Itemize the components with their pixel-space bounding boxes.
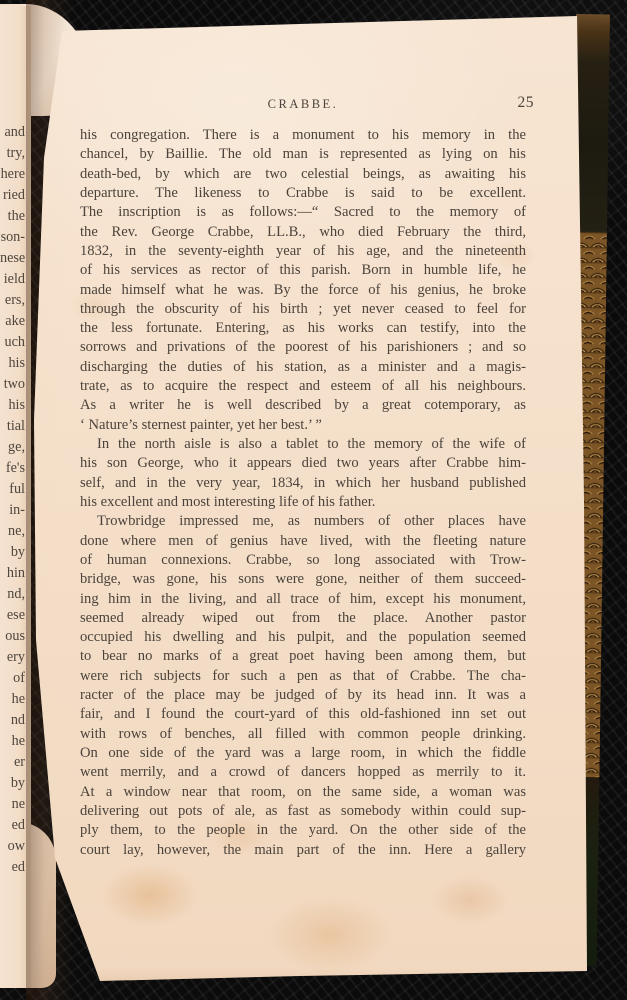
facing-text-fragment: he — [0, 689, 27, 710]
text-line: his congregation. There is a monument to… — [80, 126, 526, 145]
facing-text-fragment: son- — [0, 227, 27, 248]
facing-text-fragment: nese — [0, 248, 27, 269]
text-line: the less fortunate. Entering, as his wor… — [80, 319, 526, 338]
facing-text-fragment: ed — [0, 857, 27, 878]
text-line: fair, and I found the court-yard of this… — [80, 705, 526, 724]
page-text: his congregation. There is a monument to… — [80, 126, 526, 860]
facing-text-fragment: ese — [0, 605, 27, 626]
facing-text-fragment: the — [0, 206, 27, 227]
facing-text-fragment: of — [0, 668, 27, 689]
facing-text-fragment: by — [0, 773, 27, 794]
text-line: with rows of benches, all filled with co… — [80, 725, 526, 744]
text-line: through the obscurity of his birth ; yet… — [80, 300, 526, 319]
facing-text-fragment: try, — [0, 143, 27, 164]
facing-text-fragment: in- — [0, 500, 27, 521]
text-line: 1832, in the seventy-eighth year of his … — [80, 242, 526, 261]
facing-text-fragment: by — [0, 542, 27, 563]
text-line: Trowbridge impressed me, as numbers of o… — [80, 512, 526, 531]
book-page: CRABBE. 25 his congregation. There is a … — [0, 0, 627, 1000]
facing-text-fragment: ield — [0, 269, 27, 290]
text-line: discharging the duties of his station, a… — [80, 358, 526, 377]
facing-text-fragment: ous — [0, 626, 27, 647]
text-line: chancel, by Baillie. The old man is repr… — [80, 145, 526, 164]
text-line: racter of the place may be judged of by … — [80, 686, 526, 705]
facing-text-fragment: ed — [0, 815, 27, 836]
facing-text-fragment: tial — [0, 416, 27, 437]
facing-text-fragment: nd — [0, 710, 27, 731]
facing-text-fragment: ried — [0, 185, 27, 206]
facing-text-fragment: two — [0, 374, 27, 395]
text-line: bridge, was gone, his sons were gone, ne… — [80, 570, 526, 589]
facing-text-fragment: ge, — [0, 437, 27, 458]
text-line: ply them, to the people in the yard. On … — [80, 821, 526, 840]
facing-text-fragment: uch — [0, 332, 27, 353]
text-line: his excellent and most interesting life … — [80, 493, 526, 512]
facing-text-fragment: and — [0, 122, 27, 143]
page-header: CRABBE. 25 — [80, 97, 526, 115]
text-line: were rich subjects for such a pen as tha… — [80, 667, 526, 686]
text-line: In the north aisle is also a tablet to t… — [80, 435, 526, 454]
text-line: death-bed, by which are two celestial be… — [80, 165, 526, 184]
text-line: went merrily, and a crowd of dancers hop… — [80, 763, 526, 782]
facing-text-fragment: ers, — [0, 290, 27, 311]
text-line: sorrows and privations of the poorest of… — [80, 338, 526, 357]
text-line: On one side of the yard was a large room… — [80, 744, 526, 763]
running-title: CRABBE. — [80, 97, 526, 112]
text-line: ing him in the living, and all trace of … — [80, 590, 526, 609]
text-line: ‘ Nature’s sternest painter, yet her bes… — [80, 416, 526, 435]
photo-scene: andtry,hereriedtheson-neseielders,akeuch… — [0, 0, 627, 1000]
text-line: As a writer he is well described by a gr… — [80, 396, 526, 415]
text-line: made himself what he was. By the force o… — [80, 281, 526, 300]
facing-text-fragment: ake — [0, 311, 27, 332]
text-line: seemed already wiped out from the place.… — [80, 609, 526, 628]
facing-text-fragment: ery — [0, 647, 27, 668]
facing-page-text-fragments: andtry,hereriedtheson-neseielders,akeuch… — [0, 122, 27, 878]
text-line: done where men of genius have lived, wit… — [80, 532, 526, 551]
text-line: trate, as to acquire the respect and est… — [80, 377, 526, 396]
facing-text-fragment: er — [0, 752, 27, 773]
facing-text-fragment: ow — [0, 836, 27, 857]
text-line: court lay, however, the main part of the… — [80, 841, 526, 860]
facing-text-fragment: ne, — [0, 521, 27, 542]
facing-text-fragment: his — [0, 395, 27, 416]
text-line: of human connexions. Crabbe, so long ass… — [80, 551, 526, 570]
text-line: departure. The likeness to Crabbe is sai… — [80, 184, 526, 203]
text-line: delivering out pots of ale, as fast as s… — [80, 802, 526, 821]
facing-text-fragment: hin — [0, 563, 27, 584]
facing-text-fragment: ne — [0, 794, 27, 815]
facing-text-fragment: fe's — [0, 458, 27, 479]
text-line: At a window near that room, on the same … — [80, 783, 526, 802]
text-line: of his services as rector of this parish… — [80, 261, 526, 280]
page-number: 25 — [518, 94, 535, 112]
text-line: The inscription is as follows:—“ Sacred … — [80, 203, 526, 222]
facing-text-fragment: his — [0, 353, 27, 374]
text-line: occupied his dwelling and his pulpit, an… — [80, 628, 526, 647]
text-line: the Rev. George Crabbe, LL.B., who died … — [80, 223, 526, 242]
facing-text-fragment: nd, — [0, 584, 27, 605]
facing-text-fragment: he — [0, 731, 27, 752]
text-line: his son George, who it appears died two … — [80, 454, 526, 473]
facing-text-fragment: ful — [0, 479, 27, 500]
text-line: to bear no marks of a great poet having … — [80, 647, 526, 666]
text-line: self, and in the very year, 1834, in whi… — [80, 474, 526, 493]
facing-text-fragment: here — [0, 164, 27, 185]
